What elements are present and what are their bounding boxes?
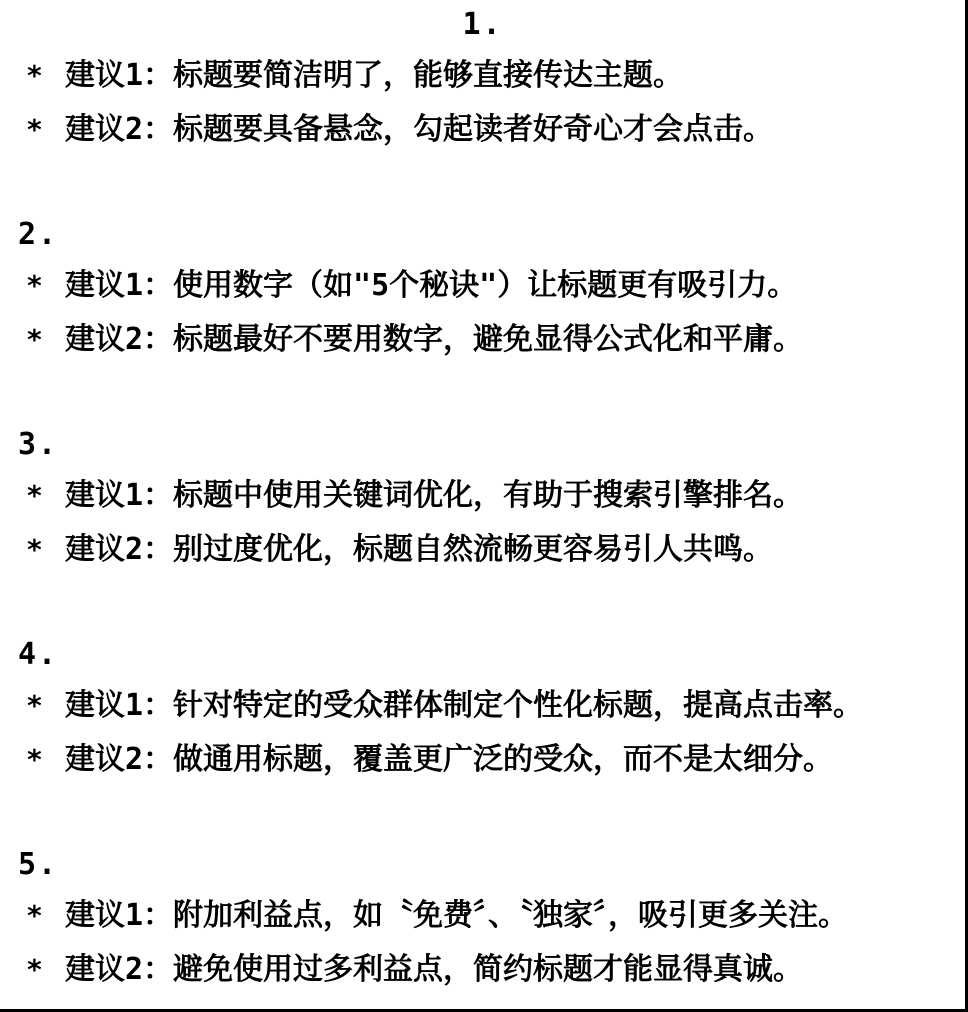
asterisk-bullet-icon: * (26, 742, 65, 778)
suggestion-line: * 建议2：做通用标题，覆盖更广泛的受众，而不是太细分。 (0, 742, 965, 778)
asterisk-bullet-icon: * (26, 688, 65, 724)
suggestion-line: * 建议1：使用数字（如"5个秘诀"）让标题更有吸引力。 (0, 268, 965, 304)
asterisk-bullet-icon: * (26, 478, 65, 514)
asterisk-bullet-icon: * (26, 112, 65, 148)
suggestion-line: * 建议1：针对特定的受众群体制定个性化标题，提高点击率。 (0, 688, 965, 724)
section-4: 4. * 建议1：针对特定的受众群体制定个性化标题，提高点击率。 * 建议2：做… (0, 638, 965, 778)
asterisk-bullet-icon: * (26, 58, 65, 94)
suggestion-text: 建议1：附加利益点，如〝免费〞、〝独家〞，吸引更多关注。 (65, 898, 848, 934)
asterisk-bullet-icon: * (26, 322, 65, 358)
suggestion-line: * 建议2：避免使用过多利益点，简约标题才能显得真诚。 (0, 952, 965, 988)
asterisk-bullet-icon: * (26, 532, 65, 568)
section-2: 2. * 建议1：使用数字（如"5个秘诀"）让标题更有吸引力。 * 建议2：标题… (0, 218, 965, 358)
suggestion-text: 建议2：标题要具备悬念，勾起读者好奇心才会点击。 (65, 112, 773, 148)
suggestion-text: 建议1：针对特定的受众群体制定个性化标题，提高点击率。 (65, 688, 863, 724)
suggestion-line: * 建议1：标题要简洁明了，能够直接传达主题。 (0, 58, 965, 94)
section-3: 3. * 建议1：标题中使用关键词优化，有助于搜索引擎排名。 * 建议2：别过度… (0, 428, 965, 568)
section-5: 5. * 建议1：附加利益点，如〝免费〞、〝独家〞，吸引更多关注。 * 建议2：… (0, 848, 965, 988)
section-number: 5. (18, 848, 965, 882)
suggestion-text: 建议2：避免使用过多利益点，简约标题才能显得真诚。 (65, 952, 803, 988)
asterisk-bullet-icon: * (26, 952, 65, 988)
section-1: 1. * 建议1：标题要简洁明了，能够直接传达主题。 * 建议2：标题要具备悬念… (0, 8, 965, 148)
suggestion-line: * 建议1：附加利益点，如〝免费〞、〝独家〞，吸引更多关注。 (0, 898, 965, 934)
suggestion-text: 建议2：别过度优化，标题自然流畅更容易引人共鸣。 (65, 532, 773, 568)
suggestion-line: * 建议2：别过度优化，标题自然流畅更容易引人共鸣。 (0, 532, 965, 568)
suggestion-text: 建议2：标题最好不要用数字，避免显得公式化和平庸。 (65, 322, 803, 358)
section-number: 4. (18, 638, 965, 672)
document-page: 1. * 建议1：标题要简洁明了，能够直接传达主题。 * 建议2：标题要具备悬念… (0, 0, 968, 1012)
section-number: 2. (18, 218, 965, 252)
asterisk-bullet-icon: * (26, 898, 65, 934)
section-number: 3. (18, 428, 965, 462)
suggestion-text: 建议1：标题中使用关键词优化，有助于搜索引擎排名。 (65, 478, 803, 514)
asterisk-bullet-icon: * (26, 268, 65, 304)
suggestion-line: * 建议1：标题中使用关键词优化，有助于搜索引擎排名。 (0, 478, 965, 514)
suggestion-text: 建议1：标题要简洁明了，能够直接传达主题。 (65, 58, 683, 94)
suggestion-text: 建议2：做通用标题，覆盖更广泛的受众，而不是太细分。 (65, 742, 833, 778)
suggestion-line: * 建议2：标题最好不要用数字，避免显得公式化和平庸。 (0, 322, 965, 358)
suggestion-text: 建议1：使用数字（如"5个秘诀"）让标题更有吸引力。 (65, 268, 797, 304)
suggestion-line: * 建议2：标题要具备悬念，勾起读者好奇心才会点击。 (0, 112, 965, 148)
section-number: 1. (0, 8, 965, 42)
